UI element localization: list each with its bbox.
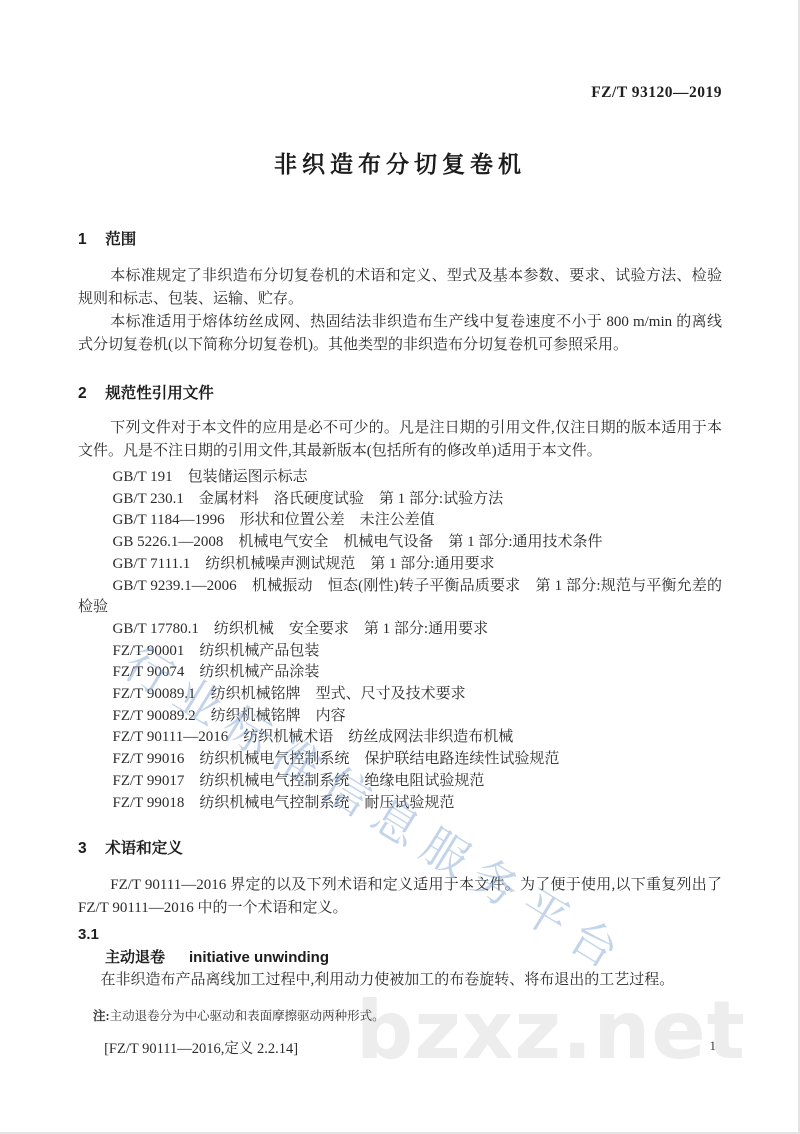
note-text: 主动退卷分为中心驱动和表面摩擦驱动两种形式。 <box>110 1009 385 1023</box>
page-content: FZ/T 93120—2019 非织造布分切复卷机 1范围 本标准规定了非织造布… <box>0 0 800 1059</box>
reference-item: FZ/T 99018 纺织机械电气控制系统 耐压试验规范 <box>78 793 722 815</box>
reference-item: GB/T 9239.1—2006 机械振动 恒态(刚性)转子平衡品质要求 第 1… <box>78 576 722 619</box>
section-2-heading: 2规范性引用文件 <box>78 381 722 403</box>
document-title: 非织造布分切复卷机 <box>78 146 722 179</box>
section-3-title: 术语和定义 <box>105 840 183 857</box>
reference-item: FZ/T 90111—2016 纺织机械术语 纺丝成网法非织造布机械 <box>78 727 722 749</box>
reference-item: GB/T 191 包装储运图示标志 <box>78 467 722 489</box>
note-label: 注: <box>93 1009 110 1023</box>
section-1-number: 1 <box>78 231 87 248</box>
reference-item: GB/T 7111.1 纺织机械噪声测试规范 第 1 部分:通用要求 <box>78 554 722 576</box>
section-1-heading: 1范围 <box>78 227 722 249</box>
reference-item: GB/T 230.1 金属材料 洛氏硬度试验 第 1 部分:试验方法 <box>78 489 722 511</box>
reference-item: FZ/T 99017 纺织机械电气控制系统 绝缘电阻试验规范 <box>78 771 722 793</box>
section-1-paragraph-2: 本标准适用于熔体纺丝成网、热固结法非织造布生产线中复卷速度不小于 800 m/m… <box>78 311 722 357</box>
section-2-number: 2 <box>78 385 87 402</box>
term-note: 注:主动退卷分为中心驱动和表面摩擦驱动两种形式。 <box>78 1006 722 1026</box>
term-line: 主动退卷initiative unwinding <box>78 946 722 967</box>
normative-references-list: GB/T 191 包装储运图示标志 GB/T 230.1 金属材料 洛氏硬度试验… <box>78 467 722 814</box>
standard-code: FZ/T 93120—2019 <box>78 0 722 102</box>
document-page: bzxz.net FZ/T 93120—2019 非织造布分切复卷机 1范围 本… <box>0 0 800 1134</box>
term-source-reference: [FZ/T 90111—2016,定义 2.2.14] <box>78 1039 722 1059</box>
term-definition: 在非织造布产品离线加工过程中,利用动力使被加工的布卷旋转、将布退出的工艺过程。 <box>78 969 722 991</box>
clause-3-1-number: 3.1 <box>78 926 722 943</box>
section-1-paragraph-1: 本标准规定了非织造布分切复卷机的术语和定义、型式及基本参数、要求、试验方法、检验… <box>78 265 722 311</box>
section-2-intro: 下列文件对于本文件的应用是必不可少的。凡是注日期的引用文件,仅注日期的版本适用于… <box>78 417 722 463</box>
term-english: initiative unwinding <box>189 949 329 966</box>
section-2-title: 规范性引用文件 <box>105 385 214 402</box>
reference-item: GB/T 1184—1996 形状和位置公差 未注公差值 <box>78 510 722 532</box>
section-1-title: 范围 <box>105 231 136 248</box>
reference-item: GB/T 17780.1 纺织机械 安全要求 第 1 部分:通用要求 <box>78 619 722 641</box>
page-number: 1 <box>710 1038 717 1054</box>
reference-item: FZ/T 90001 纺织机械产品包装 <box>78 641 722 663</box>
reference-item: FZ/T 90074 纺织机械产品涂装 <box>78 662 722 684</box>
section-3-number: 3 <box>78 840 87 857</box>
reference-item: FZ/T 90089.1 纺织机械铭牌 型式、尺寸及技术要求 <box>78 684 722 706</box>
term-chinese: 主动退卷 <box>105 949 165 966</box>
reference-item: GB 5226.1—2008 机械电气安全 机械电气设备 第 1 部分:通用技术… <box>78 532 722 554</box>
reference-item: FZ/T 99016 纺织机械电气控制系统 保护联结电路连续性试验规范 <box>78 749 722 771</box>
section-3-heading: 3术语和定义 <box>78 836 722 858</box>
section-3-intro: FZ/T 90111—2016 界定的以及下列术语和定义适用于本文件。为了便于使… <box>78 874 722 920</box>
reference-item: FZ/T 90089.2 纺织机械铭牌 内容 <box>78 706 722 728</box>
